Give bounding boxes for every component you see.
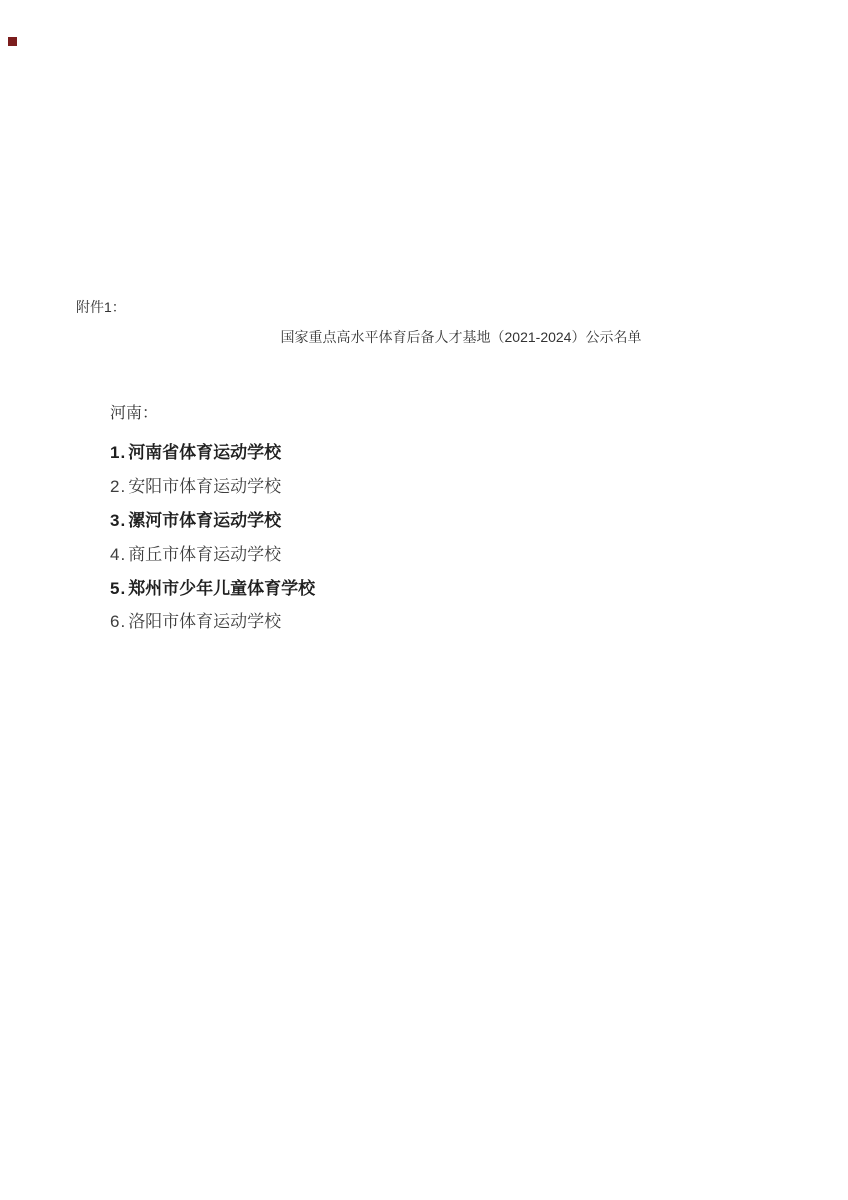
section-heading-henan: 河南：	[110, 404, 158, 423]
list-item: 6.洛阳市体育运动学校	[110, 612, 281, 631]
attachment-label: 附件1：	[76, 299, 126, 316]
list-item-number: 2.	[110, 477, 126, 496]
list-item: 2.安阳市体育运动学校	[110, 477, 281, 496]
document-title: 国家重点高水平体育后备人才基地（2021-2024）公示名单	[0, 329, 848, 346]
list-item-number: 6.	[110, 612, 126, 631]
list-item: 5.郑州市少年儿童体育学校	[110, 579, 315, 598]
list-item-name: 河南省体育运动学校	[128, 443, 281, 462]
list-item-name: 商丘市体育运动学校	[128, 545, 281, 564]
corner-mark	[8, 37, 17, 46]
list-item-number: 4.	[110, 545, 126, 564]
list-item-number: 5.	[110, 579, 126, 598]
list-item-number: 3.	[110, 511, 126, 530]
list-item: 3.漯河市体育运动学校	[110, 511, 281, 530]
list-item-name: 安阳市体育运动学校	[128, 477, 281, 496]
list-item-name: 郑州市少年儿童体育学校	[128, 579, 315, 598]
list-item-name: 漯河市体育运动学校	[128, 511, 281, 530]
list-item: 4.商丘市体育运动学校	[110, 545, 281, 564]
document-page: 附件1： 国家重点高水平体育后备人才基地（2021-2024）公示名单 河南： …	[0, 0, 848, 1200]
list-item-number: 1.	[110, 443, 126, 462]
list-item: 1.河南省体育运动学校	[110, 443, 281, 462]
list-item-name: 洛阳市体育运动学校	[128, 612, 281, 631]
